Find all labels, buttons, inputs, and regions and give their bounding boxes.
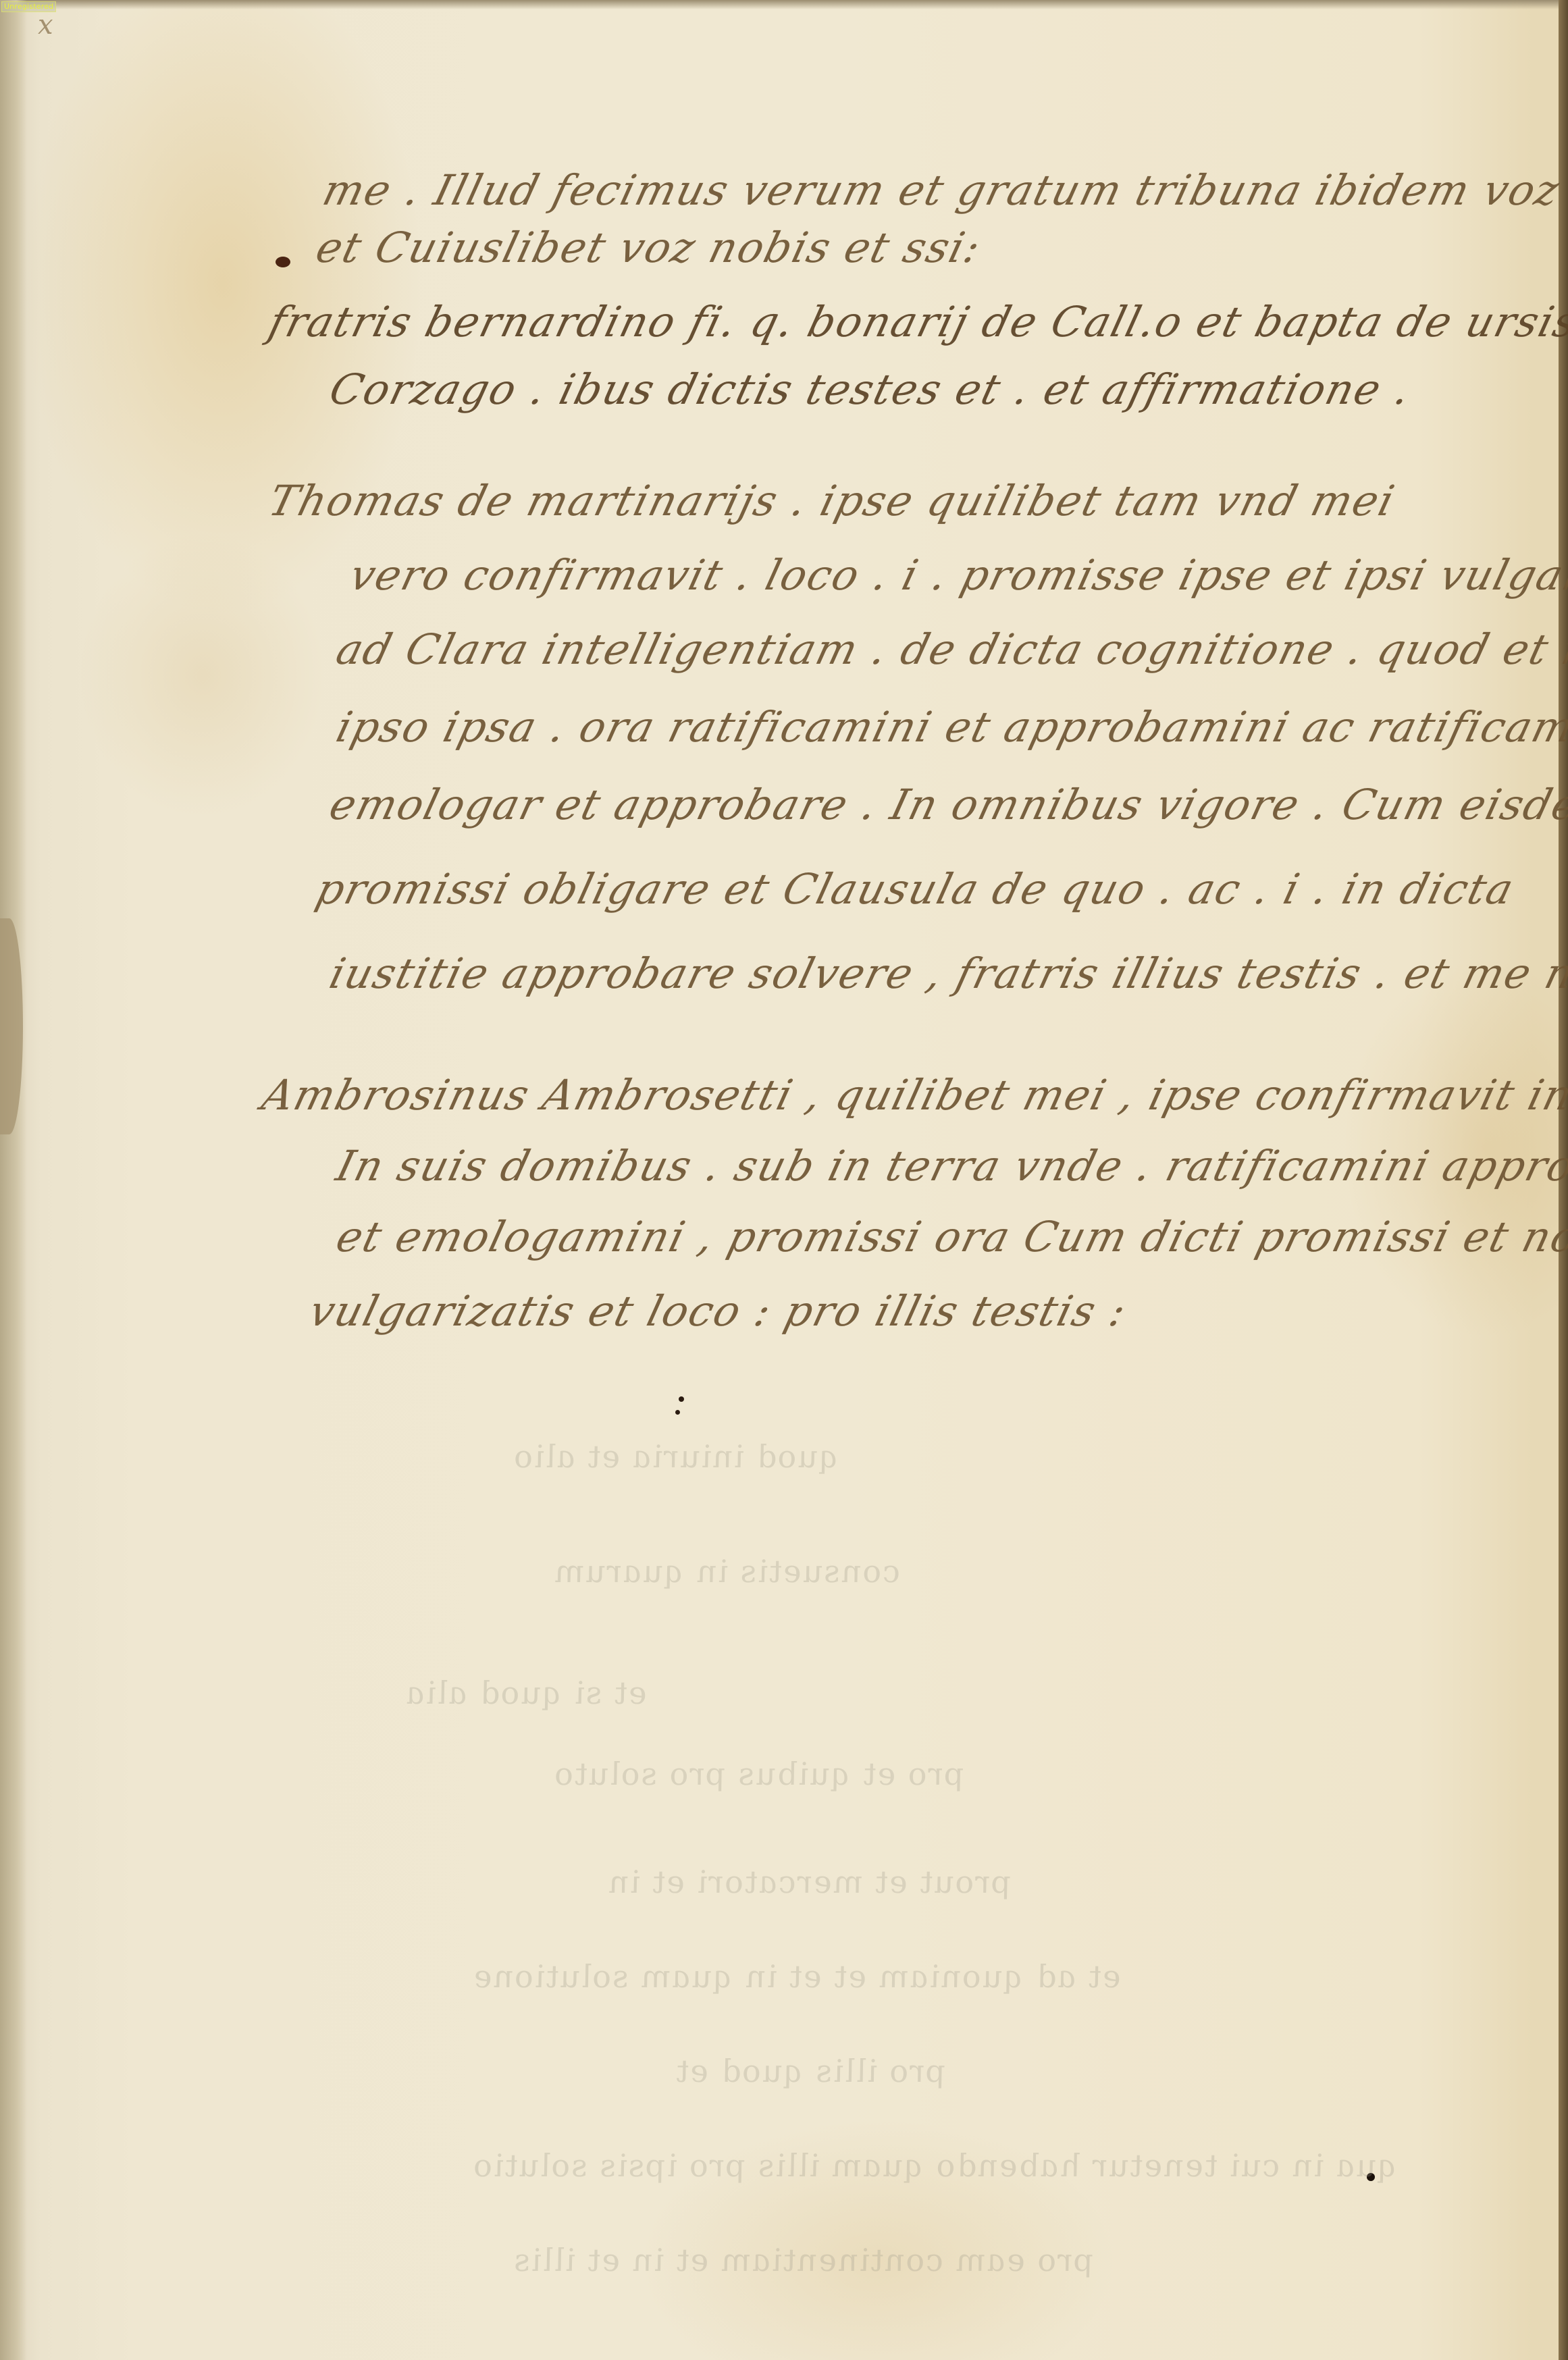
manuscript-line: promissi obligare et Clausula de quo . a… — [311, 864, 1519, 914]
ink-dot — [675, 1410, 680, 1415]
manuscript-line: fratris bernardino fi. q. bonarij de Cal… — [264, 297, 1568, 346]
bleed-through-text: et si quod alia — [401, 1675, 651, 1711]
manuscript-page: Unregistered x me . Illud fecimus verum … — [0, 0, 1568, 2360]
manuscript-line: ipso ipsa . ora ratificamini et approbam… — [332, 702, 1568, 752]
bleed-through-text: et ad quoniam et et in quam solutione — [469, 1958, 1125, 1995]
bleed-through-text: pro eam continentiam et in et illis — [509, 2242, 1098, 2278]
top-paper-edge — [0, 0, 1568, 9]
manuscript-line: et emologamini , promissi ora Cum dicti … — [332, 1212, 1568, 1261]
manuscript-line: ad Clara intelligentiam . de dicta cogni… — [332, 625, 1568, 674]
manuscript-line: vero confirmavit . loco . i . promisse i… — [345, 550, 1568, 600]
bleed-through-text: pro illis quod et — [671, 2053, 950, 2089]
manuscript-line: emologar et approbare . In omnibus vigor… — [325, 780, 1568, 829]
manuscript-line: Ambrosinus Ambrosetti , quilibet mei , i… — [257, 1070, 1568, 1120]
manuscript-line: Thomas de martinarijs . ipse quilibet ta… — [264, 476, 1401, 525]
bleed-through-text: quod iniuria et alio — [509, 1438, 843, 1475]
ink-dot — [679, 1396, 684, 1402]
corner-margin-mark: x — [38, 9, 53, 41]
left-torn-edge — [0, 0, 27, 2360]
manuscript-line: me . Illud fecimus verum et gratum tribu… — [318, 165, 1565, 215]
manuscript-line: In suis domibus . sub in terra vnde . ra… — [332, 1141, 1568, 1190]
bleed-through-text: pro et quibus pro soluto — [550, 1756, 968, 1792]
manuscript-line: et Cuiuslibet voz nobis et ssi: — [311, 223, 987, 272]
manuscript-line: vulgarizatis et loco : pro illis testis … — [305, 1286, 1132, 1336]
bleed-through-text: consuetis in quarum — [550, 1553, 904, 1590]
ink-blot — [276, 257, 290, 267]
manuscript-line: iustitie approbare solvere , fratris ill… — [325, 949, 1568, 998]
manuscript-line: Corzago . ibus dictis testes et . et aff… — [325, 365, 1417, 414]
bleed-through-text: qua in cui tenetur habendo quam illis pr… — [469, 2147, 1401, 2184]
bleed-through-text: prout et mercatori et in — [604, 1864, 1016, 1900]
